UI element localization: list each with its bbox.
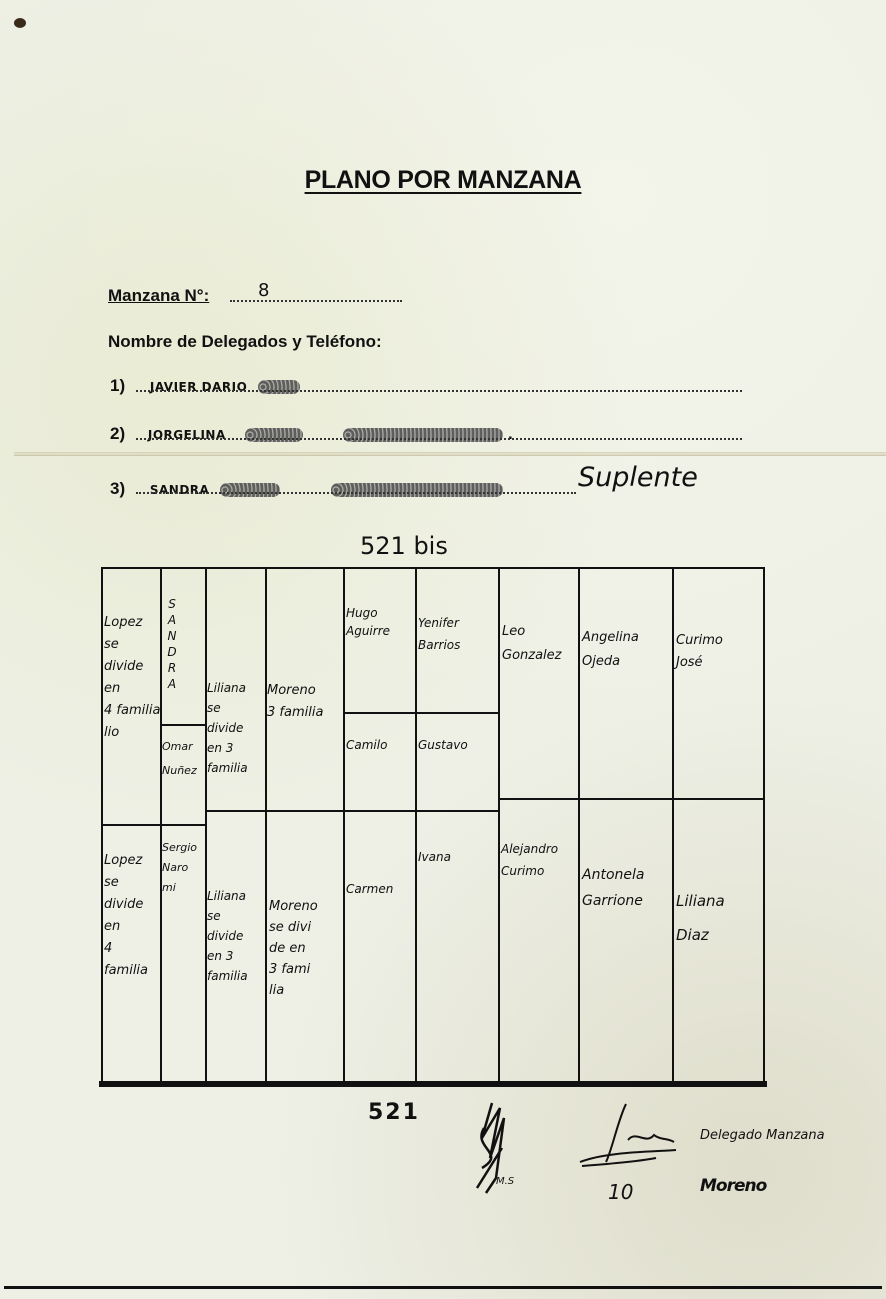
dotted-line xyxy=(136,390,742,392)
lot-cell: Gustavo xyxy=(418,734,468,756)
signature-3: Moreno xyxy=(700,1176,766,1196)
ink-speck xyxy=(14,18,26,28)
manzana-dotted-line xyxy=(230,300,402,302)
grid-bottom-border xyxy=(99,1081,767,1087)
lot-cell: Ivana xyxy=(418,846,451,868)
delegado-number: 2) xyxy=(110,424,125,444)
manzana-number: 8 xyxy=(258,280,269,301)
lot-cell: Moreno 3 familia xyxy=(267,680,323,724)
delegado-name: SANDRA xyxy=(150,483,209,497)
dotted-line xyxy=(136,438,742,440)
lot-cell: Moreno se divi de en 3 fami lia xyxy=(269,896,318,1001)
paper-fold-crease xyxy=(14,452,886,456)
signature-2 xyxy=(576,1100,686,1180)
signature-number: 10 xyxy=(608,1180,633,1204)
page-title: PLANO POR MANZANA xyxy=(0,166,886,195)
lot-cell: Liliana se divide en 3 familia xyxy=(207,678,248,778)
lot-cell: Curimo José xyxy=(676,630,723,674)
lot-cell: Sergio Naro mi xyxy=(162,838,197,898)
lot-cell: Angelina Ojeda xyxy=(582,626,639,674)
lot-cell: Hugo Aguirre xyxy=(346,604,390,640)
signature-initials: M.S xyxy=(496,1176,514,1187)
delegado-number: 1) xyxy=(110,376,125,396)
redacted-phone xyxy=(331,483,503,497)
delegado-number: 3) xyxy=(110,479,125,499)
suplente-note: Suplente xyxy=(578,462,698,493)
delegado-line-1: 1) JAVIER DARIO xyxy=(110,376,300,396)
signature-1: M.S xyxy=(462,1098,522,1198)
lot-cell-vertical: S A N D R A xyxy=(165,596,179,692)
lot-cell: Camilo xyxy=(346,734,387,756)
dotted-line xyxy=(136,492,576,494)
page-bottom-line xyxy=(4,1286,882,1289)
lot-cell: Lopez se divide en 4 familia lio xyxy=(104,612,160,744)
delegado-line-3: 3) SANDRA xyxy=(110,479,503,499)
lot-cell: Leo Gonzalez xyxy=(502,620,562,668)
redacted-surname xyxy=(220,483,280,497)
block-label-top: 521 bis xyxy=(360,532,448,560)
delegado-note: . xyxy=(508,424,513,443)
lot-cell: Yenifer Barrios xyxy=(418,612,460,656)
delegados-label: Nombre de Delegados y Teléfono: xyxy=(108,332,382,352)
lot-cell: Carmen xyxy=(346,878,393,900)
lot-cell: Lopez se divide en 4 familia xyxy=(104,850,148,982)
delegado-line-2: 2) JORGELINA . xyxy=(110,424,513,444)
lot-cell: Omar Nuñez xyxy=(162,735,197,783)
signature-role: Delegado Manzana xyxy=(700,1128,825,1143)
lot-cell: Liliana se divide en 3 familia xyxy=(207,886,248,986)
lot-cell: Alejandro Curimo xyxy=(501,838,558,882)
block-label-bottom: 521 xyxy=(368,1100,420,1125)
lot-cell: Antonela Garrione xyxy=(582,862,644,914)
lot-cell: Liliana Diaz xyxy=(676,884,725,952)
manzana-label: Manzana N°: xyxy=(108,286,209,306)
